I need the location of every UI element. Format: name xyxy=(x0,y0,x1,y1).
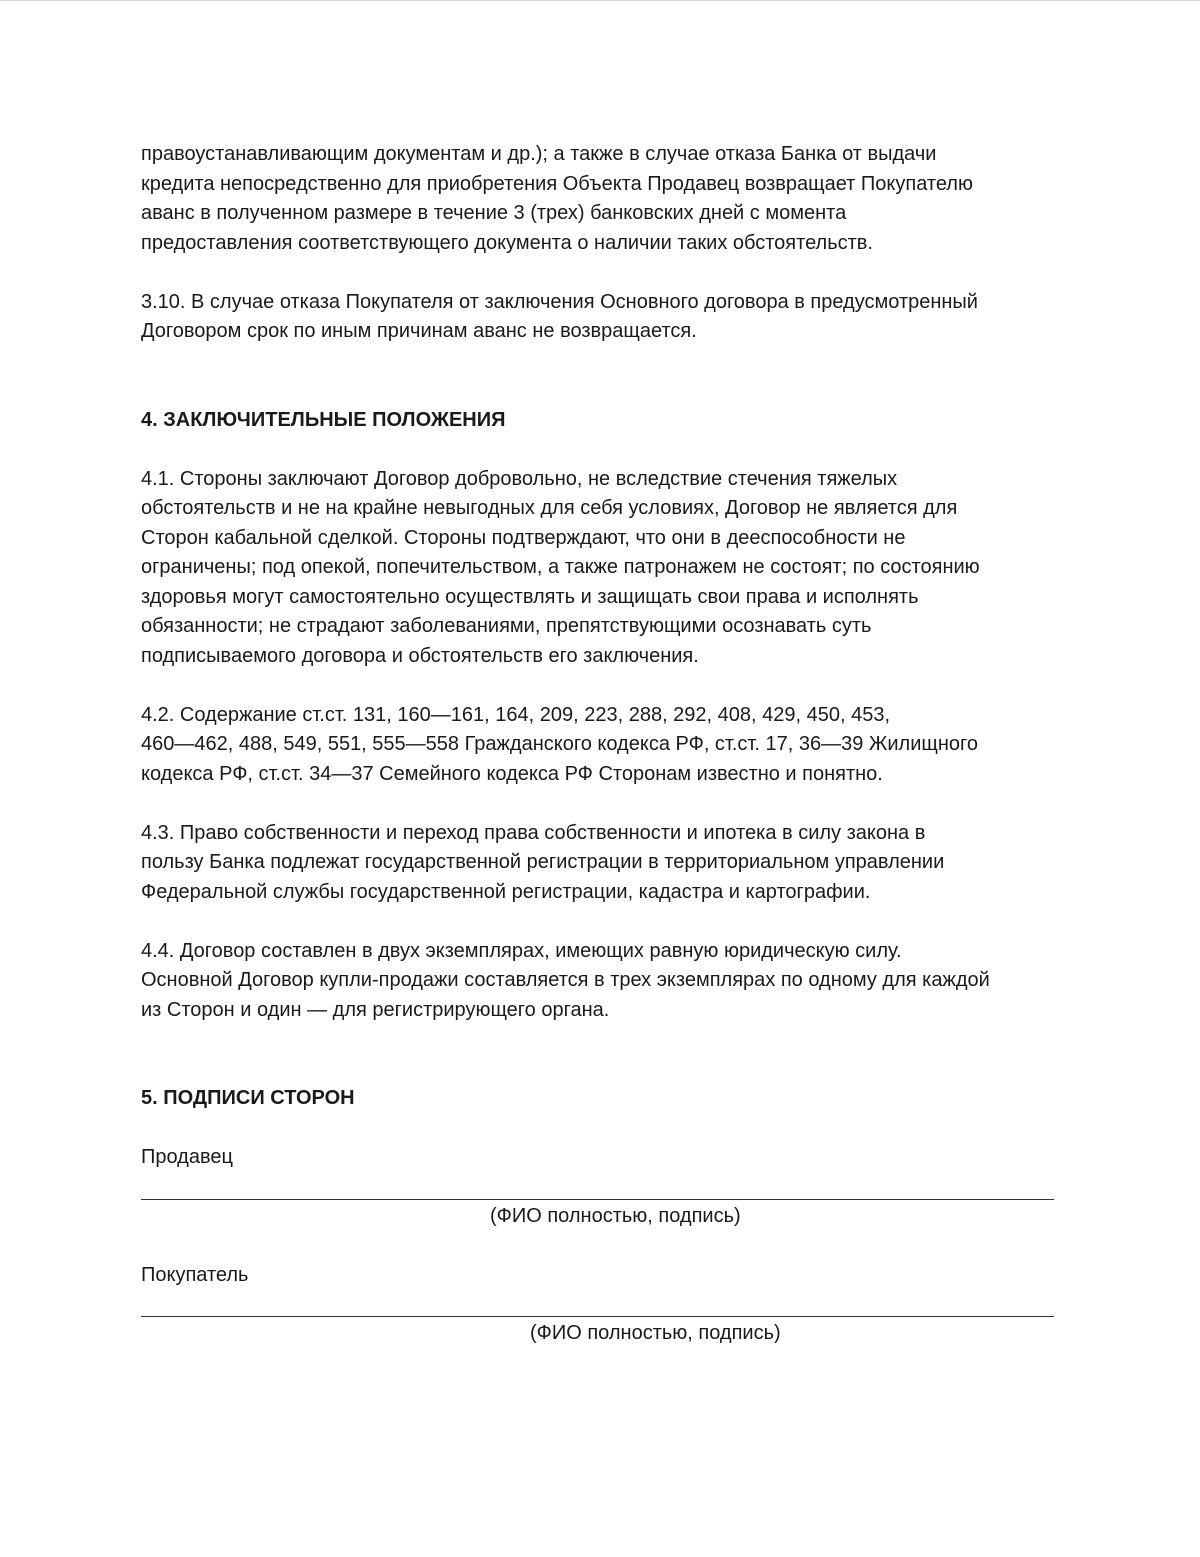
buyer-label: Покупатель xyxy=(141,1261,1071,1291)
section-5-heading: 5. ПОДПИСИ СТОРОН xyxy=(141,1084,1071,1114)
document-page: правоустанавливающим документам и др.); … xyxy=(141,140,1071,1378)
seller-signature-caption: (ФИО полностью, подпись) xyxy=(141,1202,1071,1232)
clause-4-2: 4.2. Содержание ст.ст. 131, 160—161, 164… xyxy=(141,701,1071,790)
buyer-signature-block: Покупатель (ФИО полностью, подпись) xyxy=(141,1261,1071,1349)
page-top-border xyxy=(0,0,1200,1)
seller-signature-line xyxy=(141,1199,1054,1200)
clause-4-1: 4.1. Стороны заключают Договор доброволь… xyxy=(141,465,1071,672)
clause-3-10: 3.10. В случае отказа Покупателя от закл… xyxy=(141,288,1071,347)
buyer-signature-caption: (ФИО полностью, подпись) xyxy=(141,1319,1071,1349)
continuation-paragraph: правоустанавливающим документам и др.); … xyxy=(141,140,1071,258)
clause-4-4: 4.4. Договор составлен в двух экземпляра… xyxy=(141,937,1071,1026)
seller-label: Продавец xyxy=(141,1143,1071,1173)
seller-signature-block: Продавец (ФИО полностью, подпись) xyxy=(141,1143,1071,1231)
section-4-heading: 4. ЗАКЛЮЧИТЕЛЬНЫЕ ПОЛОЖЕНИЯ xyxy=(141,406,1071,436)
buyer-signature-line xyxy=(141,1316,1054,1317)
clause-4-3: 4.3. Право собственности и переход права… xyxy=(141,819,1071,908)
